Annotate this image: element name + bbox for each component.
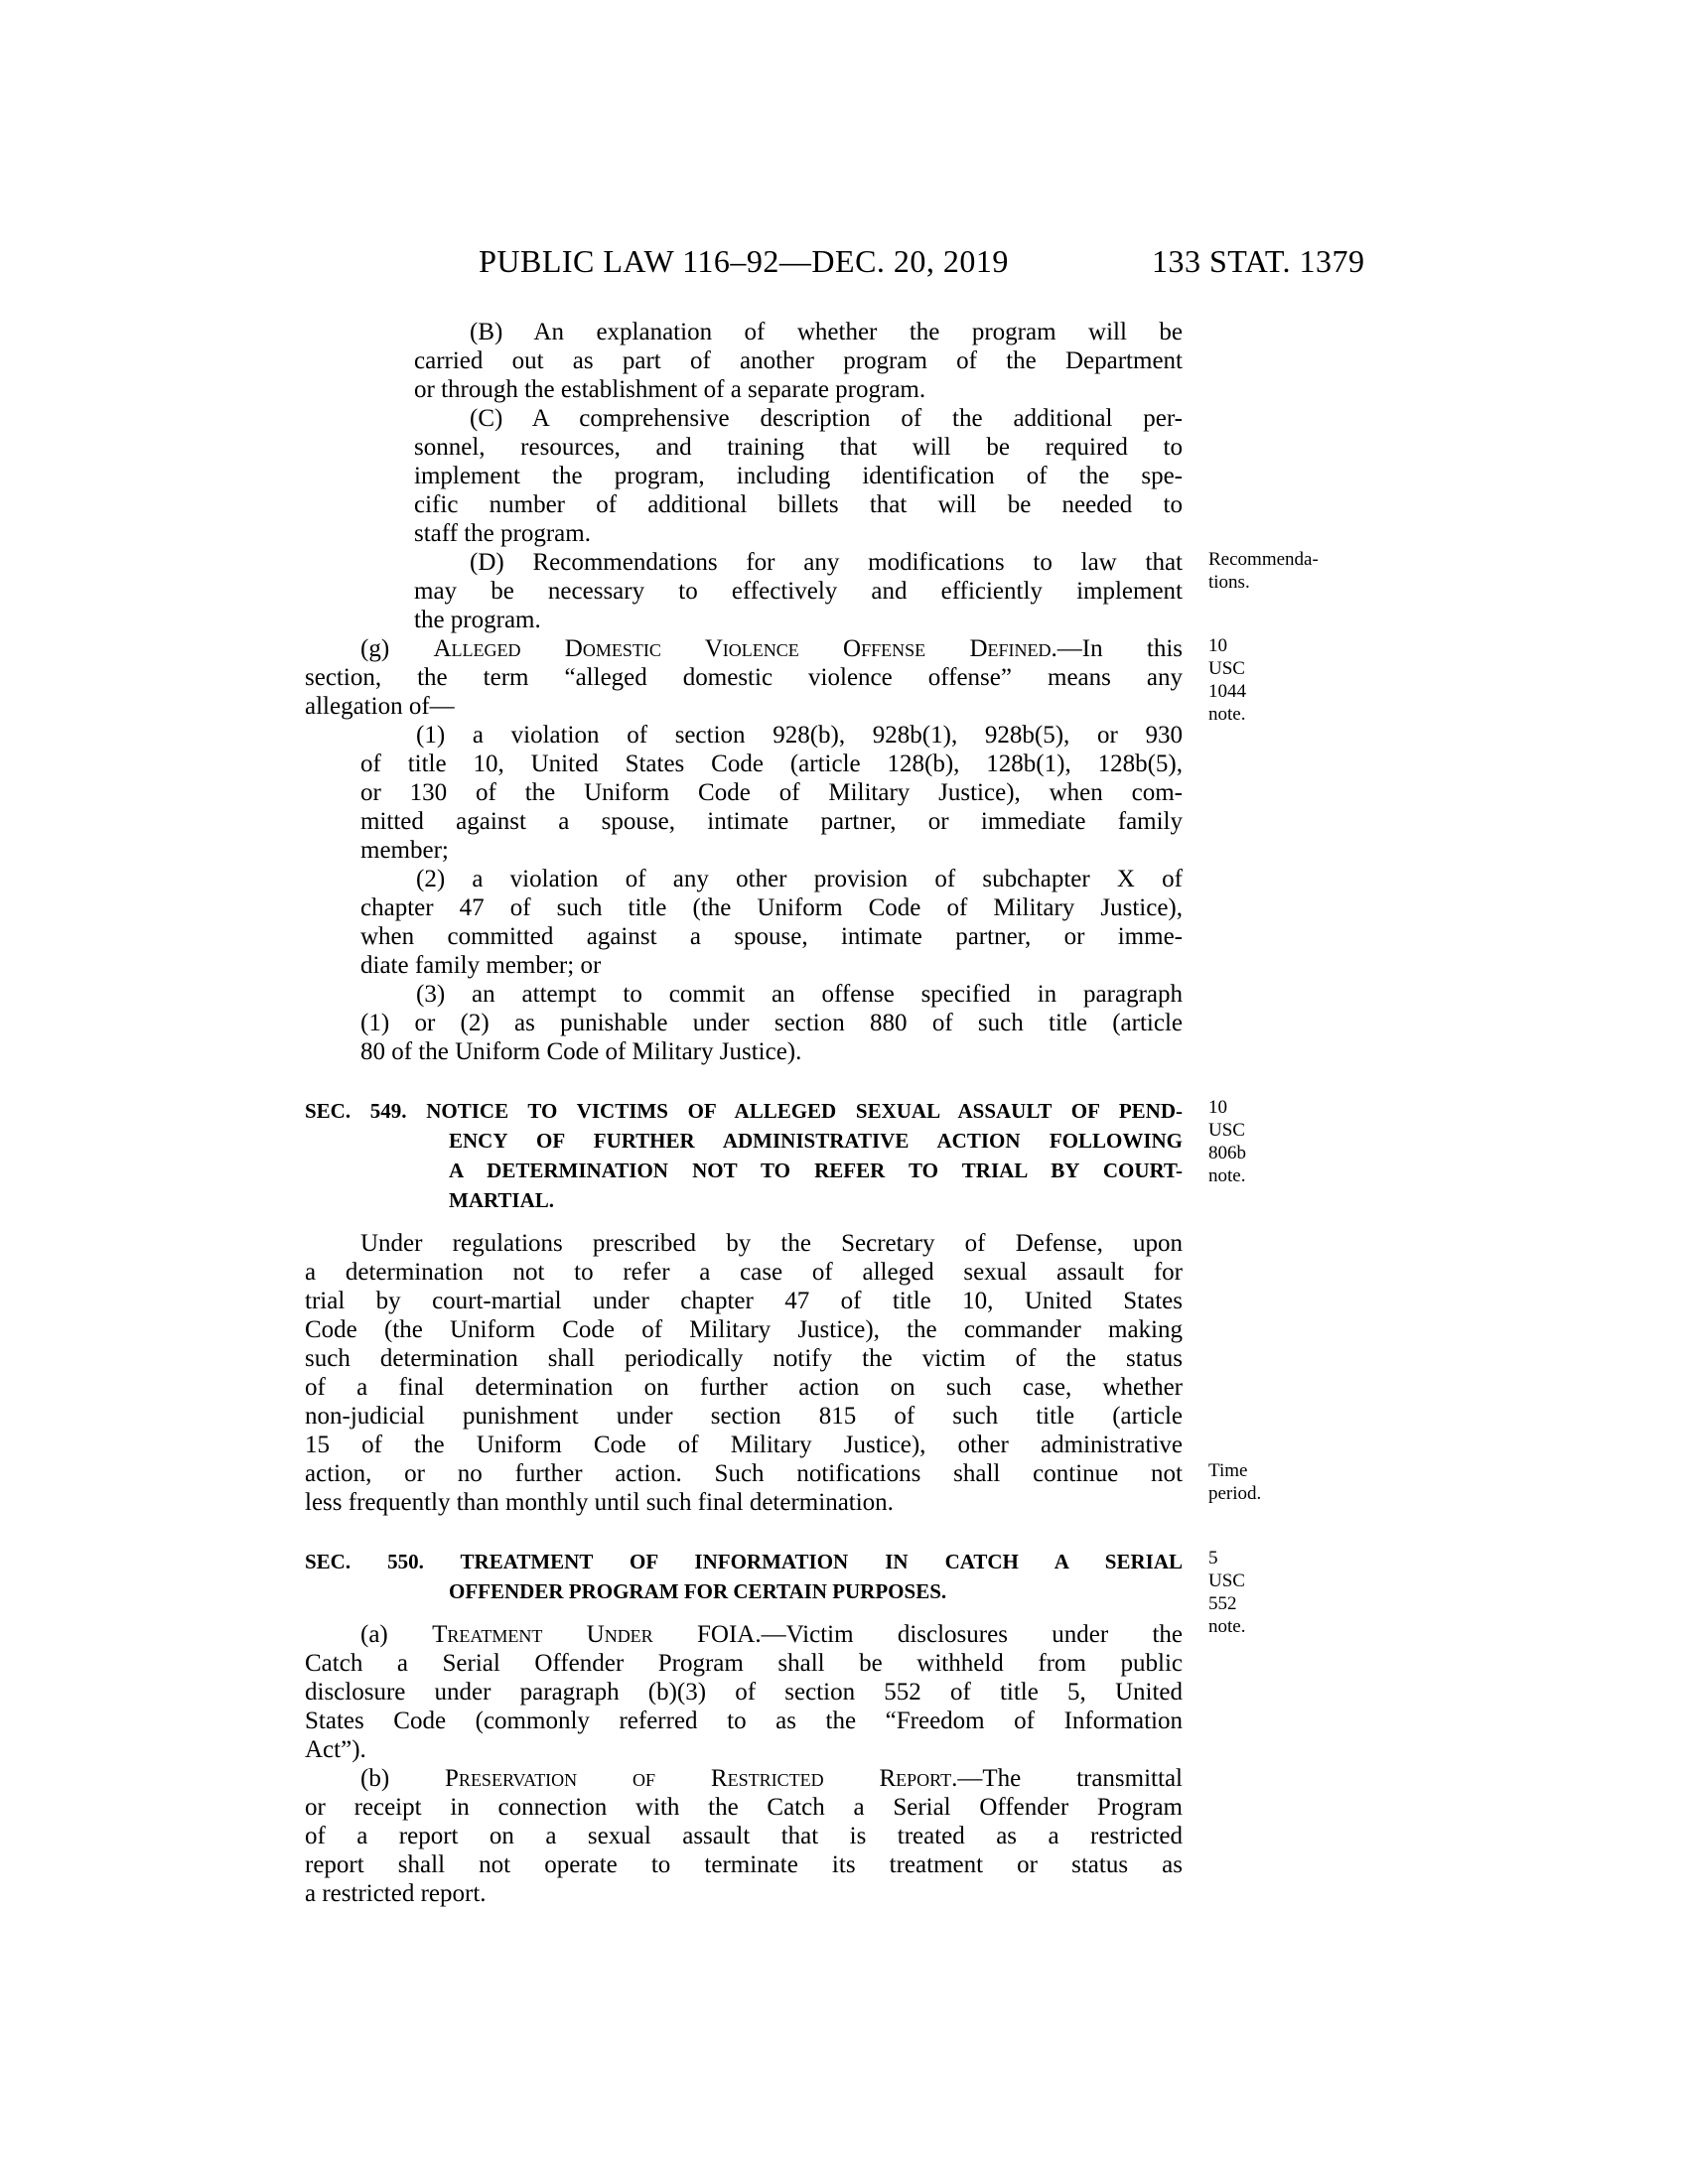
- text-line: (b) Preservation of Restricted Report.—T…: [305, 1764, 1183, 1793]
- text-run: the program.: [414, 607, 541, 633]
- text-line: report shall not operate to terminate it…: [305, 1850, 1183, 1879]
- text-run: disclosure under paragraph (b)(3) of sec…: [305, 1679, 1183, 1706]
- text-line: when committed against a spouse, intimat…: [360, 922, 1183, 951]
- text-run: SEC. 549. NOTICE TO VICTIMS OF ALLEGED S…: [305, 1099, 1183, 1123]
- text-line: (g) Alleged Domestic Violence Offense De…: [305, 634, 1183, 663]
- text-line: of a final determination on further acti…: [305, 1373, 1183, 1402]
- text-run: (B) An explanation of whether the progra…: [470, 319, 1183, 345]
- text-run: diate family member; or: [360, 952, 601, 979]
- text-run: such determination shall periodically no…: [305, 1345, 1183, 1372]
- text-run: sonnel, resources, and training that wil…: [414, 434, 1183, 461]
- text-run: 15 of the Uniform Code of Military Justi…: [305, 1432, 1183, 1458]
- text-run: (1) a violation of section 928(b), 928b(…: [416, 722, 1183, 749]
- section-550-subsection-a: (a) Treatment Under FOIA.—Victim disclos…: [305, 1620, 1183, 1764]
- text-run: (g): [360, 635, 433, 662]
- text-line: States Code (commonly referred to as the…: [305, 1706, 1183, 1735]
- small-caps-run: Alleged Domestic Violence Offense Define…: [433, 635, 1051, 662]
- text-line: (1) a violation of section 928(b), 928b(…: [360, 721, 1183, 750]
- text-run: a determination not to refer a case of a…: [305, 1259, 1183, 1286]
- text-run: Code (the Uniform Code of Military Justi…: [305, 1316, 1183, 1343]
- section-549-body: Under regulations prescribed by the Secr…: [305, 1229, 1183, 1517]
- text-run: or through the establishment of a separa…: [414, 376, 925, 403]
- text-run: of a final determination on further acti…: [305, 1374, 1183, 1401]
- text-run: implement the program, including identif…: [414, 463, 1183, 489]
- text-run: mitted against a spouse, intimate partne…: [360, 808, 1183, 835]
- subparagraph-C: (C) A comprehensive description of the a…: [305, 404, 1183, 548]
- section-550-subsection-b: (b) Preservation of Restricted Report.—T…: [305, 1764, 1183, 1908]
- text-line: A DETERMINATION NOT TO REFER TO TRIAL BY…: [449, 1156, 1183, 1185]
- text-line: member;: [360, 836, 1183, 865]
- margin-note: 10 USC 806b note.: [1208, 1096, 1246, 1187]
- text-run: (a): [360, 1621, 432, 1648]
- margin-note: 5 USC 552 note.: [1208, 1547, 1245, 1638]
- text-line: (2) a violation of any other provision o…: [360, 865, 1183, 893]
- text-run: SEC. 550. TREATMENT OF INFORMATION IN CA…: [305, 1550, 1183, 1573]
- text-line: sonnel, resources, and training that wil…: [414, 433, 1183, 462]
- small-caps-run: Treatment Under FOIA: [432, 1621, 755, 1648]
- small-caps-run: Preservation of Restricted Report: [445, 1765, 951, 1792]
- text-run: staff the program.: [414, 520, 591, 547]
- text-run: OFFENDER PROGRAM FOR CERTAIN PURPOSES.: [449, 1579, 946, 1603]
- text-run: less frequently than monthly until such …: [305, 1489, 894, 1516]
- text-line: Act”).: [305, 1735, 1183, 1764]
- text-run: (1) or (2) as punishable under section 8…: [360, 1010, 1183, 1036]
- text-line: a determination not to refer a case of a…: [305, 1258, 1183, 1287]
- text-line: or through the establishment of a separa…: [414, 375, 1183, 404]
- text-line: or receipt in connection with the Catch …: [305, 1793, 1183, 1822]
- text-line: 15 of the Uniform Code of Military Justi…: [305, 1431, 1183, 1459]
- text-run: (3) an attempt to commit an offense spec…: [416, 981, 1183, 1008]
- text-run: section, the term “alleged domestic viol…: [305, 664, 1183, 691]
- text-run: report shall not operate to terminate it…: [305, 1851, 1183, 1878]
- text-line: chapter 47 of such title (the Uniform Co…: [360, 893, 1183, 922]
- text-run: (C) A comprehensive description of the a…: [470, 405, 1183, 432]
- paragraph-1: (1) a violation of section 928(b), 928b(…: [305, 721, 1183, 865]
- subparagraph-B: (B) An explanation of whether the progra…: [305, 318, 1183, 404]
- margin-note: Time period.: [1208, 1459, 1261, 1505]
- text-line: of title 10, United States Code (article…: [360, 750, 1183, 778]
- text-run: trial by court-martial under chapter 47 …: [305, 1288, 1183, 1314]
- text-line: (D) Recommendations for any modification…: [414, 548, 1183, 577]
- text-run: chapter 47 of such title (the Uniform Co…: [360, 894, 1183, 921]
- text-run: cific number of additional billets that …: [414, 491, 1183, 518]
- text-run: (b): [360, 1765, 445, 1792]
- text-line: implement the program, including identif…: [414, 462, 1183, 490]
- text-line: MARTIAL.: [449, 1185, 1183, 1215]
- text-line: Catch a Serial Offender Program shall be…: [305, 1649, 1183, 1678]
- law-title: PUBLIC LAW 116–92—DEC. 20, 2019: [305, 244, 1183, 278]
- text-line: action, or no further action. Such notif…: [305, 1459, 1183, 1488]
- text-line: may be necessary to effectively and effi…: [414, 577, 1183, 606]
- text-line: allegation of—: [305, 692, 1183, 721]
- text-run: of a report on a sexual assault that is …: [305, 1823, 1183, 1849]
- margin-note: Recommenda- tions.: [1208, 548, 1319, 594]
- text-run: MARTIAL.: [449, 1188, 554, 1212]
- text-run: a restricted report.: [305, 1880, 487, 1907]
- text-run: may be necessary to effectively and effi…: [414, 578, 1183, 605]
- text-line: trial by court-martial under chapter 47 …: [305, 1287, 1183, 1315]
- text-run: .—In this: [1052, 635, 1184, 662]
- text-run: non-judicial punishment under section 81…: [305, 1403, 1183, 1430]
- subparagraph-D: (D) Recommendations for any modification…: [305, 548, 1183, 634]
- text-line: Under regulations prescribed by the Secr…: [305, 1229, 1183, 1258]
- text-run: .—The transmittal: [951, 1765, 1183, 1792]
- text-run: when committed against a spouse, intimat…: [360, 923, 1183, 950]
- paragraph-3: (3) an attempt to commit an offense spec…: [305, 980, 1183, 1066]
- text-line: cific number of additional billets that …: [414, 490, 1183, 519]
- text-run: member;: [360, 837, 449, 864]
- text-line: staff the program.: [414, 519, 1183, 548]
- margin-note: 10 USC 1044 note.: [1208, 634, 1246, 726]
- text-line: disclosure under paragraph (b)(3) of sec…: [305, 1678, 1183, 1706]
- text-run: carried out as part of another program o…: [414, 347, 1183, 374]
- text-line: (C) A comprehensive description of the a…: [414, 404, 1183, 433]
- document-page: PUBLIC LAW 116–92—DEC. 20, 2019 133 STAT…: [0, 0, 1688, 2184]
- text-run: States Code (commonly referred to as the…: [305, 1707, 1183, 1734]
- text-run: action, or no further action. Such notif…: [305, 1460, 1183, 1487]
- text-line: the program.: [414, 606, 1183, 634]
- text-line: SEC. 549. NOTICE TO VICTIMS OF ALLEGED S…: [449, 1096, 1183, 1126]
- text-run: allegation of—: [305, 693, 455, 720]
- text-line: ENCY OF FURTHER ADMINISTRATIVE ACTION FO…: [449, 1126, 1183, 1156]
- text-run: (2) a violation of any other provision o…: [416, 866, 1183, 892]
- text-line: or 130 of the Uniform Code of Military J…: [360, 778, 1183, 807]
- text-run: of title 10, United States Code (article…: [360, 751, 1183, 777]
- text-line: such determination shall periodically no…: [305, 1344, 1183, 1373]
- text-line: a restricted report.: [305, 1879, 1183, 1908]
- text-run: or 130 of the Uniform Code of Military J…: [360, 779, 1183, 806]
- text-line: 80 of the Uniform Code of Military Justi…: [360, 1037, 1183, 1066]
- text-run: Under regulations prescribed by the Secr…: [360, 1230, 1183, 1257]
- text-line: (3) an attempt to commit an offense spec…: [360, 980, 1183, 1009]
- section-550-heading: SEC. 550. TREATMENT OF INFORMATION IN CA…: [305, 1547, 1183, 1606]
- text-run: Act”).: [305, 1736, 366, 1763]
- text-line: less frequently than monthly until such …: [305, 1488, 1183, 1517]
- statute-text-column: (B) An explanation of whether the progra…: [305, 318, 1183, 1908]
- text-line: diate family member; or: [360, 951, 1183, 980]
- text-line: mitted against a spouse, intimate partne…: [360, 807, 1183, 836]
- statute-page-number: 133 STAT. 1379: [1152, 244, 1365, 278]
- text-line: (B) An explanation of whether the progra…: [414, 318, 1183, 346]
- text-line: Code (the Uniform Code of Military Justi…: [305, 1315, 1183, 1344]
- text-line: SEC. 550. TREATMENT OF INFORMATION IN CA…: [449, 1547, 1183, 1576]
- text-run: (D) Recommendations for any modification…: [470, 549, 1183, 576]
- text-line: (a) Treatment Under FOIA.—Victim disclos…: [305, 1620, 1183, 1649]
- text-line: of a report on a sexual assault that is …: [305, 1822, 1183, 1850]
- paragraph-2: (2) a violation of any other provision o…: [305, 865, 1183, 980]
- text-run: Catch a Serial Offender Program shall be…: [305, 1650, 1183, 1677]
- section-549-heading: SEC. 549. NOTICE TO VICTIMS OF ALLEGED S…: [305, 1096, 1183, 1215]
- text-line: (1) or (2) as punishable under section 8…: [360, 1009, 1183, 1037]
- text-run: 80 of the Uniform Code of Military Justi…: [360, 1038, 801, 1065]
- text-run: A DETERMINATION NOT TO REFER TO TRIAL BY…: [449, 1159, 1183, 1182]
- text-line: section, the term “alleged domestic viol…: [305, 663, 1183, 692]
- text-line: non-judicial punishment under section 81…: [305, 1402, 1183, 1431]
- subsection-g: (g) Alleged Domestic Violence Offense De…: [305, 634, 1183, 721]
- text-run: or receipt in connection with the Catch …: [305, 1794, 1183, 1821]
- text-line: carried out as part of another program o…: [414, 346, 1183, 375]
- text-line: OFFENDER PROGRAM FOR CERTAIN PURPOSES.: [449, 1576, 1183, 1606]
- text-run: ENCY OF FURTHER ADMINISTRATIVE ACTION FO…: [449, 1129, 1183, 1153]
- text-run: .—Victim disclosures under the: [755, 1621, 1183, 1648]
